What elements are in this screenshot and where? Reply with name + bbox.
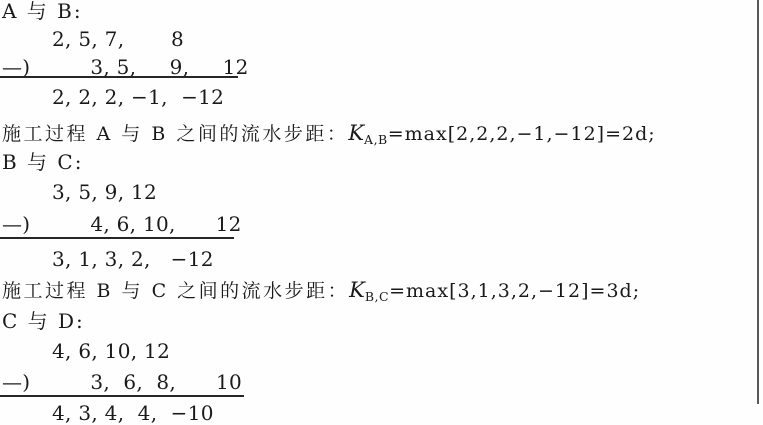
result-row: 2, 2, 2, −1, −12 <box>52 86 224 109</box>
conclusion-text: 施工过程 A 与 B 之间的流水步距： <box>2 123 348 145</box>
result-row: 3, 1, 3, 2, −12 <box>52 248 214 271</box>
conclusion-b-c: 施工过程 B 与 C 之间的流水步距：KB,C=max[3,1,3,2,−12]… <box>2 278 640 304</box>
section-heading-b-c: B 与 C: <box>2 151 83 174</box>
conclusion-formula: =max[3,1,3,2,−12]=3d; <box>389 280 640 302</box>
conclusion-a-b: 施工过程 A 与 B 之间的流水步距：KA,B=max[2,2,2,−1,−12… <box>2 121 656 147</box>
subtraction-rule <box>0 395 244 397</box>
conclusion-text: 施工过程 B 与 C 之间的流水步距： <box>2 280 349 302</box>
section-heading-c-d: C 与 D: <box>2 310 85 333</box>
section-heading-a-b: A 与 B: <box>2 0 83 23</box>
subtraction-rule <box>0 76 238 78</box>
conclusion-formula: =max[2,2,2,−1,−12]=2d; <box>388 123 656 145</box>
subtrahend-row: —) 3, 6, 8, 10 <box>2 371 242 394</box>
k-subscript: A,B <box>364 132 388 147</box>
k-subscript: B,C <box>365 289 389 304</box>
document-page: A 与 B: 2, 5, 7, 8 —) 3, 5, 9, 12 2, 2, 2… <box>0 0 763 425</box>
k-variable: KB,C <box>349 278 389 302</box>
result-row: 4, 3, 4, 4, −10 <box>52 402 214 425</box>
subtraction-rule <box>0 237 234 239</box>
minuend-row: 2, 5, 7, 8 <box>52 28 184 51</box>
minuend-row: 3, 5, 9, 12 <box>52 181 157 204</box>
page-edge-line <box>757 0 759 404</box>
minuend-row: 4, 6, 10, 12 <box>52 340 170 363</box>
subtrahend-row: —) 4, 6, 10, 12 <box>2 213 242 236</box>
k-variable: KA,B <box>348 121 387 145</box>
